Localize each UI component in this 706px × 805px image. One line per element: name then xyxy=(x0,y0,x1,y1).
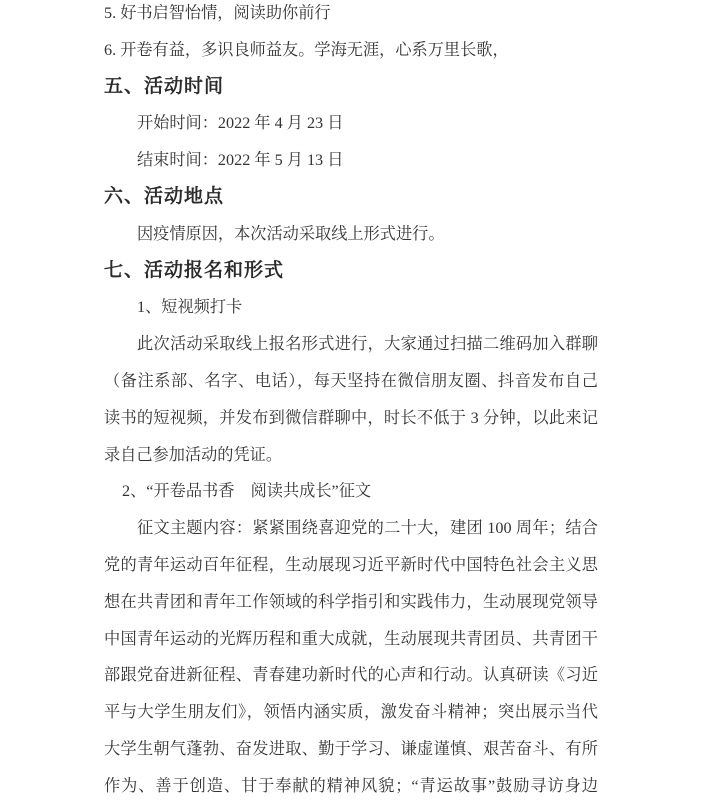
document-line: 录自己参加活动的凭证。 xyxy=(104,437,598,474)
document-line: 此次活动采取线上报名形式进行，大家通过扫描二维码加入群聊 xyxy=(104,326,598,363)
document-line: 作为、善于创造、甘于奉献的精神风貌；“青运故事”鼓励寻访身边 xyxy=(104,768,598,805)
document-line: 部跟党奋进新征程、青春建功新时代的心声和行动。认真研读《习近 xyxy=(104,657,598,694)
document-line: 党的青年运动百年征程，生动展现习近平新时代中国特色社会主义思 xyxy=(104,547,598,584)
document-content: 5. 好书启智怡情，阅读助你前行 6. 开卷有益，多识良师益友。学海无涯，心系万… xyxy=(104,0,598,805)
document-line: 5. 好书启智怡情，阅读助你前行 xyxy=(104,0,598,32)
document-line: （备注系部、名字、电话），每天坚持在微信朋友圈、抖音发布自己 xyxy=(104,363,598,400)
section-heading: 六、活动地点 xyxy=(104,179,598,216)
document-line: 平与大学生朋友们》，领悟内涵实质，激发奋斗精神；突出展示当代 xyxy=(104,694,598,731)
document-line: 大学生朝气蓬勃、奋发进取、勤于学习、谦虚谨慎、艰苦奋斗、有所 xyxy=(104,731,598,768)
document-line: 结束时间：2022 年 5 月 13 日 xyxy=(104,142,598,179)
section-heading: 七、活动报名和形式 xyxy=(104,253,598,290)
document-line: 因疫情原因，本次活动采取线上形式进行。 xyxy=(104,216,598,253)
document-line: 6. 开卷有益，多识良师益友。学海无涯，心系万里长歌， xyxy=(104,32,598,69)
document-line: 1、短视频打卡 xyxy=(104,289,598,326)
document-page: 5. 好书启智怡情，阅读助你前行 6. 开卷有益，多识良师益友。学海无涯，心系万… xyxy=(0,0,706,805)
section-heading: 五、活动时间 xyxy=(104,69,598,106)
document-line: 2、“开卷品书香 阅读共成长”征文 xyxy=(104,473,598,510)
document-line: 读书的短视频，并发布到微信群聊中，时长不低于 3 分钟，以此来记 xyxy=(104,400,598,437)
document-line: 中国青年运动的光辉历程和重大成就，生动展现共青团员、共青团干 xyxy=(104,621,598,658)
document-line: 开始时间：2022 年 4 月 23 日 xyxy=(104,105,598,142)
document-line: 征文主题内容：紧紧围绕喜迎党的二十大，建团 100 周年；结合 xyxy=(104,510,598,547)
document-line: 想在共青团和青年工作领域的科学指引和实践伟力，生动展现党领导 xyxy=(104,584,598,621)
